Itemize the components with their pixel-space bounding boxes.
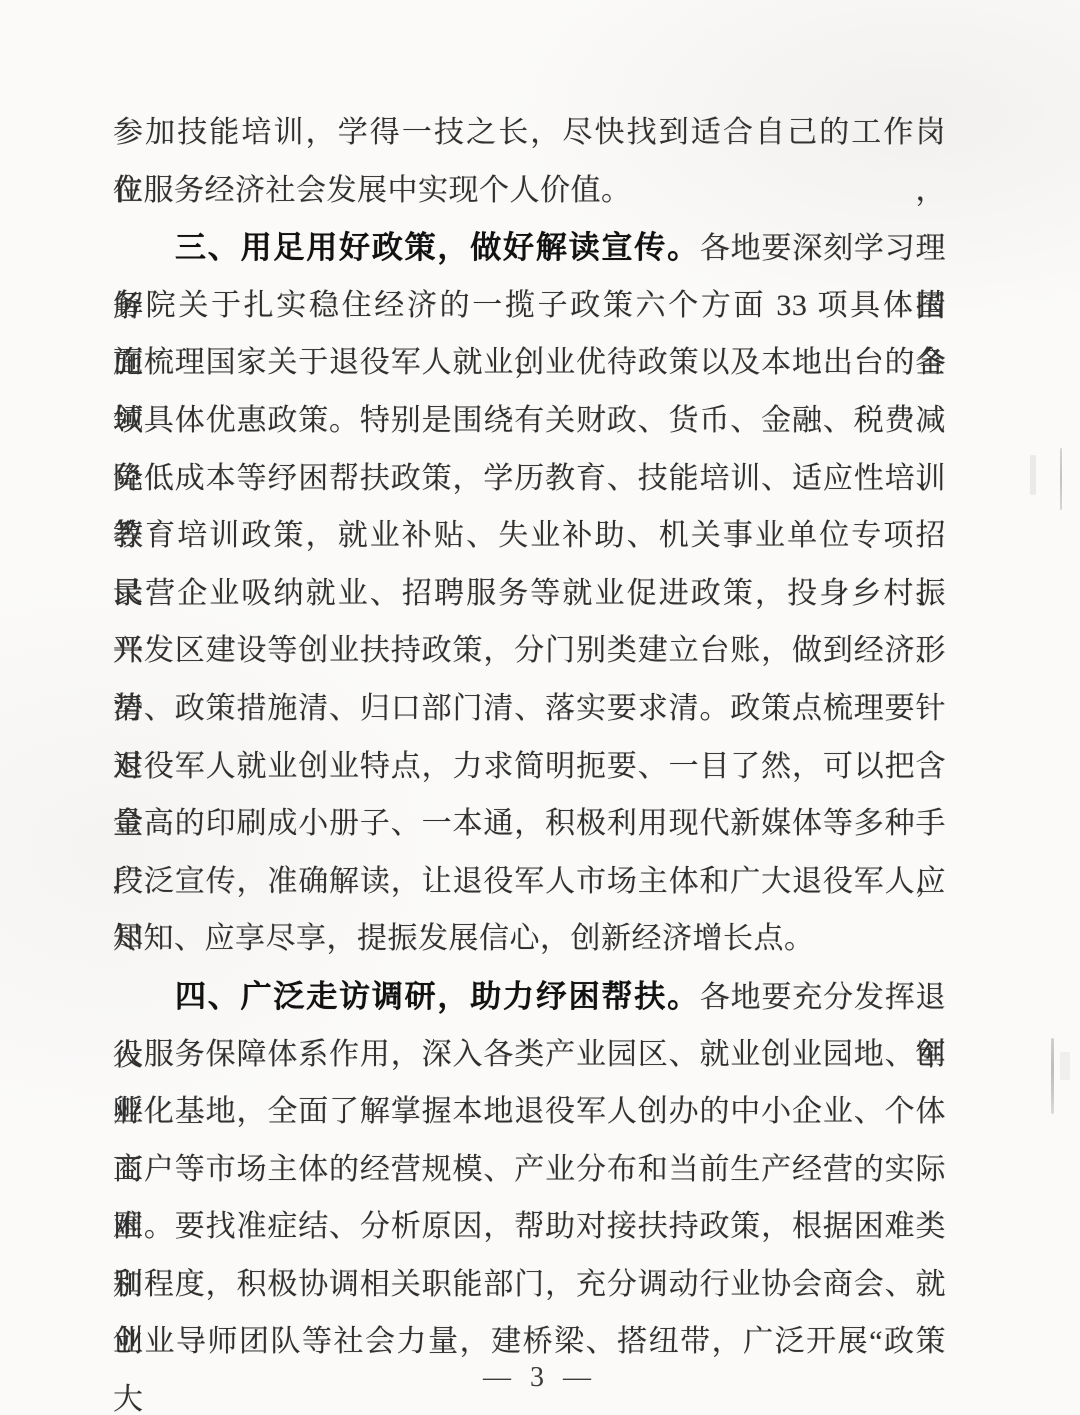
text-line: 难。要找准症结、分析原因，帮助对接扶持政策，根据困难类别 xyxy=(113,1198,946,1256)
text-line: 面梳理国家关于退役军人就业创业优待政策以及本地出台的各领 xyxy=(113,334,946,392)
document-text-block: 参加技能培训，学得一技之长，尽快找到适合自己的工作岗位，在服务经济社会发展中实现… xyxy=(113,104,946,1371)
scan-artifact-line xyxy=(1051,1038,1054,1114)
text-line: 量高的印刷成小册子、一本通，积极利用现代新媒体等多种手段， xyxy=(113,795,946,853)
text-line: 尽知、应享尽享，提振发展信心，创新经济增长点。 xyxy=(113,910,946,968)
text-line: 开发区建设等创业扶持政策，分门别类建立台账，做到经济形势 xyxy=(113,622,946,680)
text-line: 教育培训政策，就业补贴、失业补助、机关事业单位专项招录、 xyxy=(113,507,946,565)
text-line: 务院关于扎实稳住经济的一揽子政策六个方面 33 项具体措施，全 xyxy=(113,277,946,335)
text-line: 孵化基地，全面了解掌握本地退役军人创办的中小企业、个体工 xyxy=(113,1083,946,1141)
section-heading: 三、用足用好政策，做好解读宣传。 xyxy=(175,230,700,265)
scanned-document-page: 参加技能培训，学得一技之长，尽快找到适合自己的工作岗位，在服务经济社会发展中实现… xyxy=(0,0,1080,1415)
text-line: 商户等市场主体的经营规模、产业分布和当前生产经营的实际困 xyxy=(113,1141,946,1199)
page-number: — 3 — xyxy=(0,1362,1080,1394)
text-line: 和程度，积极协调相关职能部门，充分调动行业协会商会、就业 xyxy=(113,1256,946,1314)
text-line: 退役军人就业创业特点，力求简明扼要、一目了然，可以把含金 xyxy=(113,738,946,796)
text-line: 降低成本等纾困帮扶政策，学历教育、技能培训、适应性培训等 xyxy=(113,450,946,508)
text-line: 三、用足用好政策，做好解读宣传。各地要深刻学习理解国 xyxy=(113,219,946,277)
text-line: 四、广泛走访调研，助力纾困帮扶。各地要充分发挥退役军 xyxy=(113,968,946,1026)
scan-smudge xyxy=(1060,1052,1070,1080)
scan-smudge xyxy=(1030,455,1036,495)
text-line-content: 尽知、应享尽享，提振发展信心，创新经济增长点。 xyxy=(113,922,815,955)
scan-artifact-line xyxy=(1060,448,1062,510)
text-line: 民营企业吸纳就业、招聘服务等就业促进政策，投身乡村振兴、 xyxy=(113,565,946,623)
section-heading: 四、广泛走访调研，助力纾困帮扶。 xyxy=(175,979,700,1014)
text-line: 广泛宣传，准确解读，让退役军人市场主体和广大退役军人应知 xyxy=(113,853,946,911)
text-line: 清、政策措施清、归口部门清、落实要求清。政策点梳理要针对 xyxy=(113,680,946,738)
text-line: 域具体优惠政策。特别是围绕有关财政、货币、金融、税费减免、 xyxy=(113,392,946,450)
text-line: 参加技能培训，学得一技之长，尽快找到适合自己的工作岗位， xyxy=(113,104,946,162)
text-line: 人服务保障体系作用，深入各类产业园区、就业创业园地、创业 xyxy=(113,1026,946,1084)
text-line-content: 在服务经济社会发展中实现个人价值。 xyxy=(113,174,632,207)
